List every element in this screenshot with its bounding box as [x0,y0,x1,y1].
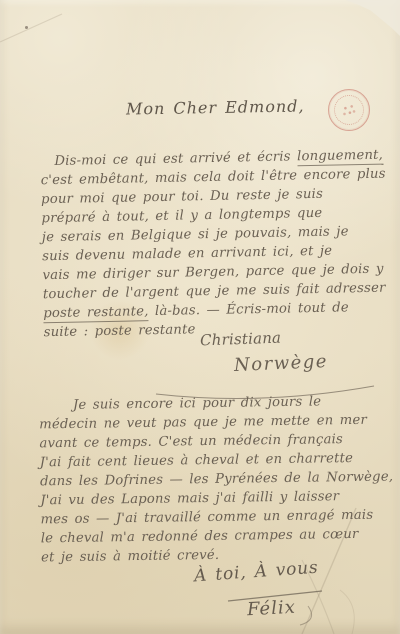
address-country: Norwège [234,351,329,376]
address-city: Christiana [200,329,282,350]
paragraph-1: Dis-moi ce qui est arrivé et écris longu… [40,146,378,342]
salutation: Mon Cher Edmond, [126,96,305,118]
underlined-text: longuement, [297,148,383,167]
text-segment: là-bas. — Écris-moi tout de [148,300,349,319]
paper-crease [340,590,354,634]
red-ink-stamp-icon [328,89,370,131]
paragraph-2: Je suis encore ici pour dix jours le méd… [39,392,381,568]
signature: Félix [246,597,296,621]
underlined-text: poste restante, [43,304,149,323]
letter-scan: Mon Cher Edmond, Dis-moi ce qui est arri… [0,0,400,634]
